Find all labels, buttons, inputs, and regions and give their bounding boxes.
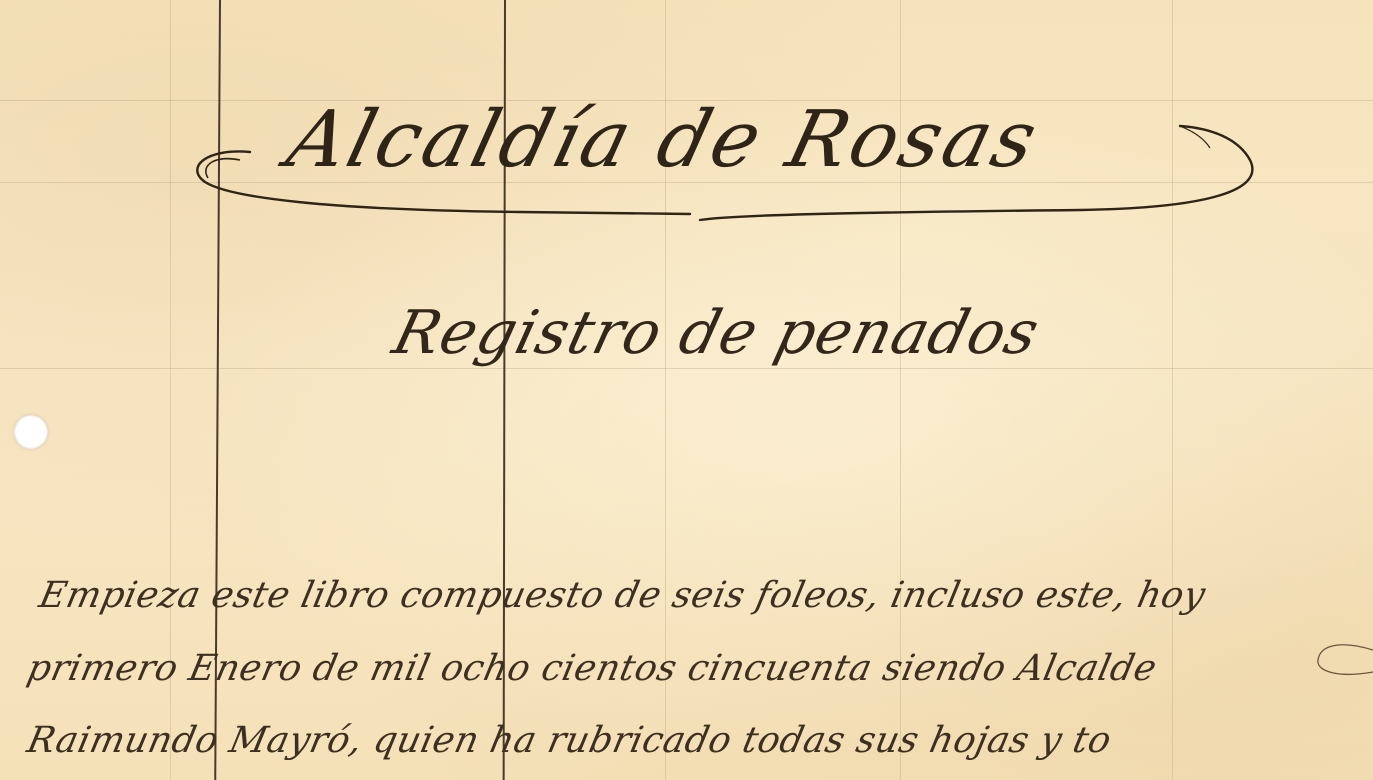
bleed-through-horizontal-line [0, 368, 1373, 369]
body-text-line-1: Empieza este libro compuesto de seis fol… [36, 575, 1209, 616]
body-text-line-3: Raimundo Mayró, quien ha rubricado todas… [24, 720, 1115, 761]
page-heading: Alcaldía de Rosas [279, 95, 1048, 185]
body-text-line-2: primero Enero de mil ocho cientos cincue… [24, 648, 1161, 689]
punch-hole [14, 415, 48, 449]
page-subheading: Registro de penados [386, 298, 1046, 368]
bleed-through-vertical-line [1172, 0, 1173, 780]
